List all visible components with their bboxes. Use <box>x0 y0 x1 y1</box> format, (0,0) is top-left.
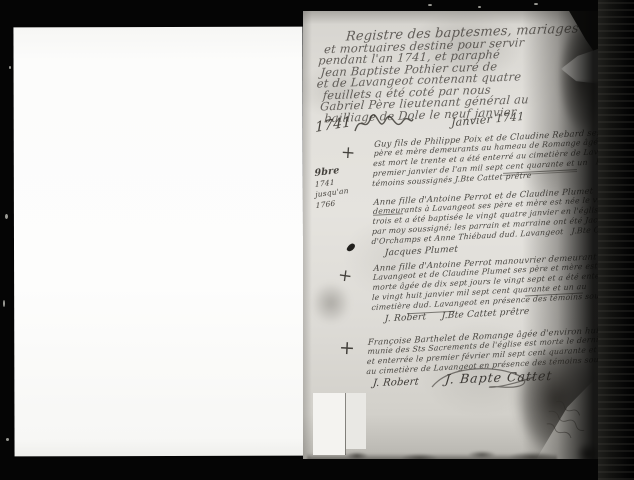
gutter-shadow <box>303 11 599 459</box>
scan-speck <box>428 4 432 6</box>
scan-speck <box>3 300 5 307</box>
scan-speck <box>6 438 9 441</box>
scan-speck <box>9 66 11 69</box>
scan-speck <box>5 214 8 219</box>
scan-speck <box>534 3 538 5</box>
scan-speck <box>478 6 481 8</box>
scanned-register-photo: Registre des baptesmes, mariages et mort… <box>0 0 634 480</box>
book-edge <box>598 0 634 480</box>
manuscript-page: Registre des baptesmes, mariages et mort… <box>303 11 599 459</box>
blank-left-page <box>13 27 303 457</box>
